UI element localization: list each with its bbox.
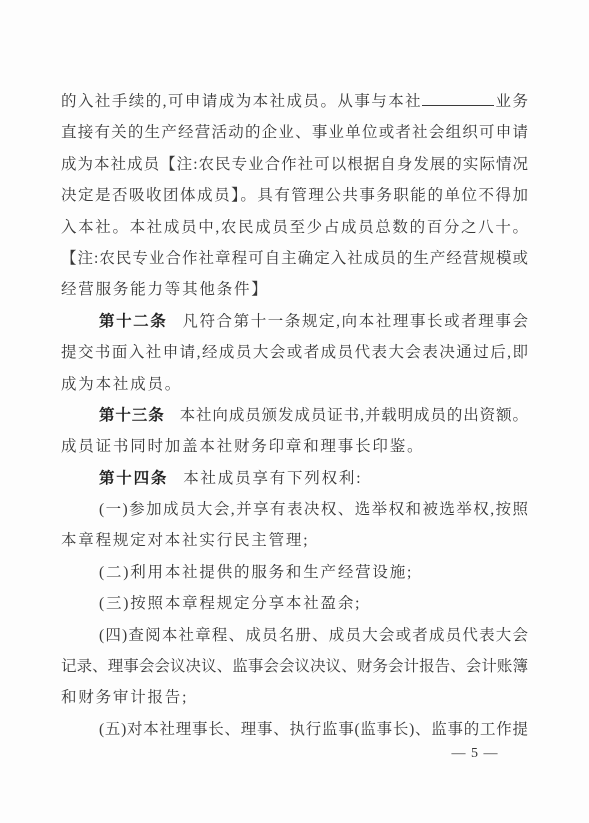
text-line: 第十二条凡符合第十一条规定,向本社理事长或者理事会 (61, 306, 528, 337)
text-line: 【注:农民专业合作社章程可自主确定入社成员的生产经营规模或 (61, 243, 528, 274)
text-run: 成为本社成员【注:农民专业合作社可以根据自身发展的实际情况 (61, 156, 528, 173)
text-run: 【注:农民专业合作社章程可自主确定入社成员的生产经营规模或 (61, 250, 528, 267)
text-line: 的入社手续的,可申请成为本社成员。从事与本社业务 (61, 86, 528, 117)
article-number-heading: 第十四条 (99, 470, 168, 487)
text-run: 成为本社成员。 (61, 376, 182, 393)
document-page: 的入社手续的,可申请成为本社成员。从事与本社业务直接有关的生产经营活动的企业、事… (0, 0, 589, 823)
text-line: (五)对本社理事长、理事、执行监事(监事长)、监事的工作提 (61, 714, 528, 745)
text-line: (三)按照本章程规定分享本社盈余; (61, 588, 528, 619)
text-line: (四)查阅本社章程、成员名册、成员大会或者成员代表大会 (61, 620, 528, 651)
text-line: 成为本社成员【注:农民专业合作社可以根据自身发展的实际情况 (61, 149, 528, 180)
text-run: 和财务审计报告; (61, 689, 188, 706)
text-line: 决定是否吸收团体成员】。具有管理公共事务职能的单位不得加 (61, 180, 528, 211)
text-line: 直接有关的生产经营活动的企业、事业单位或者社会组织可申请 (61, 117, 528, 148)
text-run: 成员证书同时加盖本社财务印章和理事长印鉴。 (61, 438, 424, 455)
text-line: 记录、理事会会议决议、监事会会议决议、财务会计报告、会计账簿 (61, 651, 528, 682)
fill-in-blank-line (422, 105, 494, 106)
text-run: 本社成员享有下列权利: (183, 470, 362, 487)
text-run: 入本社。本社成员中,农民成员至少占成员总数的百分之八十。 (61, 219, 528, 236)
text-run: (二)利用本社提供的服务和生产经营设施; (99, 564, 413, 581)
text-run: 提交书面入社申请,经成员大会或者成员代表大会表决通过后,即 (61, 344, 528, 361)
text-run: 直接有关的生产经营活动的企业、事业单位或者社会组织可申请 (61, 124, 528, 141)
text-line: (一)参加成员大会,并享有表决权、选举权和被选举权,按照 (61, 494, 528, 525)
text-line: 入本社。本社成员中,农民成员至少占成员总数的百分之八十。 (61, 212, 528, 243)
text-run: 决定是否吸收团体成员】。具有管理公共事务职能的单位不得加 (61, 187, 528, 204)
text-run: 本章程规定对本社实行民主管理; (61, 532, 309, 549)
text-line: 本章程规定对本社实行民主管理; (61, 525, 528, 556)
text-run: 本社向成员颁发成员证书,并载明成员的出资额。 (180, 407, 528, 424)
text-run: (三)按照本章程规定分享本社盈余; (99, 595, 361, 612)
article-number-heading: 第十三条 (99, 407, 165, 424)
text-run: 的入社手续的,可申请成为本社成员。从事与本社 (61, 93, 422, 110)
text-line: 经营服务能力等其他条件】 (61, 274, 528, 305)
text-run: (五)对本社理事长、理事、执行监事(监事长)、监事的工作提 (99, 721, 528, 738)
text-line: 第十四条本社成员享有下列权利: (61, 463, 528, 494)
text-line: 提交书面入社申请,经成员大会或者成员代表大会表决通过后,即 (61, 337, 528, 368)
text-line: 和财务审计报告; (61, 682, 528, 713)
text-line: (二)利用本社提供的服务和生产经营设施; (61, 557, 528, 588)
text-run: 凡符合第十一条规定,向本社理事长或者理事会 (182, 313, 528, 330)
document-body: 的入社手续的,可申请成为本社成员。从事与本社业务直接有关的生产经营活动的企业、事… (61, 86, 528, 745)
text-line: 成为本社成员。 (61, 369, 528, 400)
text-run: (四)查阅本社章程、成员名册、成员大会或者成员代表大会 (99, 627, 528, 644)
page-number: — 5 — (438, 746, 512, 762)
text-line: 第十三条本社向成员颁发成员证书,并载明成员的出资额。 (61, 400, 528, 431)
text-run: 经营服务能力等其他条件】 (61, 281, 269, 298)
text-run: (一)参加成员大会,并享有表决权、选举权和被选举权,按照 (99, 501, 528, 518)
text-run: 记录、理事会会议决议、监事会会议决议、财务会计报告、会计账簿 (61, 658, 528, 675)
article-number-heading: 第十二条 (99, 313, 167, 330)
text-run: 业务 (494, 93, 528, 110)
text-line: 成员证书同时加盖本社财务印章和理事长印鉴。 (61, 431, 528, 462)
